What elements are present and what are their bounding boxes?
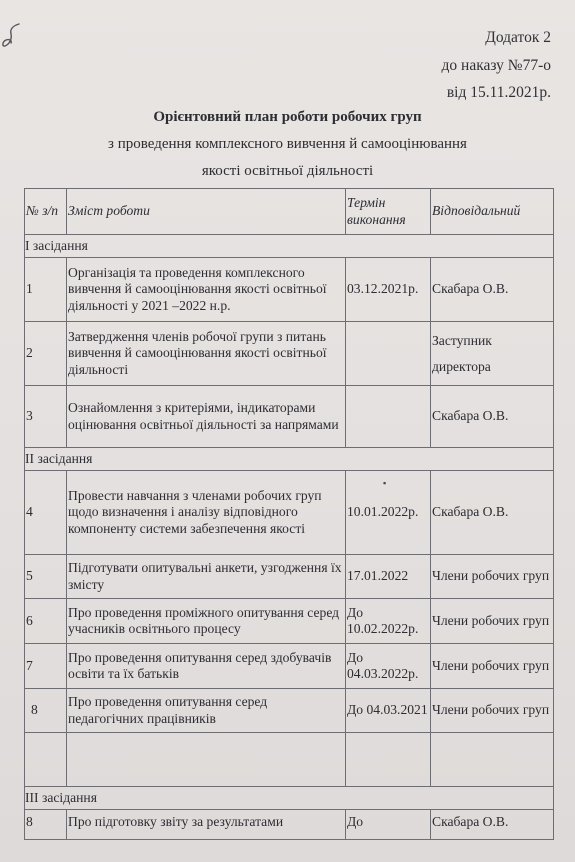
cell-content: Затвердження членів робочої групи з пита…	[67, 322, 346, 386]
table-row: 8 Про підготовку звіту за результатами Д…	[25, 810, 554, 840]
cell-responsible: Члени робочих груп	[431, 689, 554, 733]
document-page: Додаток 2 до наказу №77-о від 15.11.2021…	[0, 0, 575, 862]
cell-content: Про підготовку звіту за результатами	[67, 810, 346, 840]
table-row: 8 Про проведення опитування серед педаго…	[25, 689, 554, 733]
cell-term: До	[346, 810, 431, 840]
cell-term: 17.01.2022	[346, 555, 431, 599]
cell-num	[25, 733, 67, 787]
cell-num: 6	[25, 599, 67, 644]
annex-order-ref: до наказу №77-о	[442, 57, 551, 75]
cell-content: Про проведення опитування серед педагогі…	[67, 689, 346, 733]
work-plan-table: № з/п Зміст роботи Термін виконання Відп…	[24, 188, 554, 840]
section-label: І засідання	[25, 235, 554, 258]
cell-term: До 04.03.2021	[346, 689, 431, 733]
cell-term	[346, 733, 431, 787]
cell-responsible: Члени робочих груп	[431, 644, 554, 689]
section-label: ІІ засідання	[25, 448, 554, 471]
table-row: 1 Організація та проведення комплексного…	[25, 258, 554, 322]
table-header-row: № з/п Зміст роботи Термін виконання Відп…	[25, 189, 554, 235]
cell-responsible: Скабара О.В.	[431, 386, 554, 448]
cell-content: Провести навчання з членами робочих груп…	[67, 471, 346, 555]
cell-num: 4	[25, 471, 67, 555]
section-row: ІІІ засідання	[25, 787, 554, 810]
stray-mark: ▪	[383, 478, 386, 488]
table-row-empty	[25, 733, 554, 787]
cell-responsible: Скабара О.В.	[431, 810, 554, 840]
cell-responsible: Скабара О.В.	[431, 258, 554, 322]
header-responsible: Відповідальний	[431, 189, 554, 235]
cell-content: Організація та проведення комплексного в…	[67, 258, 346, 322]
cell-responsible: Члени робочих груп	[431, 599, 554, 644]
page-title: Орієнтовний план роботи робочих груп	[0, 109, 575, 126]
header-num: № з/п	[25, 189, 67, 235]
cell-num: 8	[25, 689, 67, 733]
page-subtitle-line1: з проведення комплексного вивчення й сам…	[0, 136, 575, 153]
table-row: 5 Підготувати опитувальні анкети, узгодж…	[25, 555, 554, 599]
table-row: 2 Затвердження членів робочої групи з пи…	[25, 322, 554, 386]
cell-content: Про проведення проміжного опитування сер…	[67, 599, 346, 644]
section-label: ІІІ засідання	[25, 787, 554, 810]
section-row: І засідання	[25, 235, 554, 258]
cell-content: Підготувати опитувальні анкети, узгоджен…	[67, 555, 346, 599]
cell-responsible: Скабара О.В.	[431, 471, 554, 555]
cell-num: 3	[25, 386, 67, 448]
cell-term: До 04.03.2022р.	[346, 644, 431, 689]
cell-content: Ознайомлення з критеріями, індикаторами …	[67, 386, 346, 448]
section-row: ІІ засідання	[25, 448, 554, 471]
cell-responsible: Члени робочих груп	[431, 555, 554, 599]
cell-responsible	[431, 733, 554, 787]
cell-term	[346, 386, 431, 448]
cell-term: 10.01.2022р.	[346, 471, 431, 555]
page-subtitle-line2: якості освітньої діяльності	[0, 163, 575, 180]
cell-num: 8	[25, 810, 67, 840]
cell-num: 1	[25, 258, 67, 322]
cell-content: Про проведення опитування серед здобувач…	[67, 644, 346, 689]
cell-responsible: Заступник директора	[431, 322, 554, 386]
annex-order-date: від 15.11.2021р.	[447, 84, 551, 102]
cell-num: 5	[25, 555, 67, 599]
cell-content	[67, 733, 346, 787]
table-row: 6 Про проведення проміжного опитування с…	[25, 599, 554, 644]
table-row: 7 Про проведення опитування серед здобув…	[25, 644, 554, 689]
cell-term	[346, 322, 431, 386]
cell-term: 03.12.2021р.	[346, 258, 431, 322]
cell-num: 2	[25, 322, 67, 386]
table-row: 3 Ознайомлення з критеріями, індикаторам…	[25, 386, 554, 448]
header-content: Зміст роботи	[67, 189, 346, 235]
handwritten-mark-icon	[2, 22, 20, 52]
cell-term: До 10.02.2022р.	[346, 599, 431, 644]
table-row: 4 Провести навчання з членами робочих гр…	[25, 471, 554, 555]
header-term: Термін виконання	[346, 189, 431, 235]
cell-num: 7	[25, 644, 67, 689]
annex-label: Додаток 2	[485, 29, 551, 47]
